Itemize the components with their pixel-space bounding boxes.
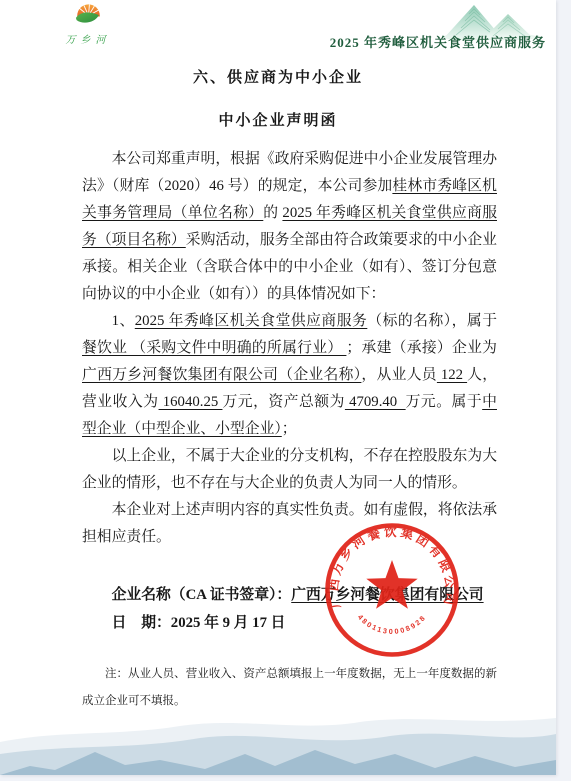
paragraph-text: 的 [263,205,282,221]
paragraph: 以上企业，不属于大企业的分支机构，不存在控股股东为大企业的情形，也不存在与大企业… [82,443,497,497]
company-logo: 万乡河 [60,3,116,46]
filled-in-value: 16040.25 [159,394,223,410]
page-header: 万乡河 [0,0,556,50]
date-label: 日 期： [112,615,171,631]
paragraph: 1、2025 年秀峰区机关食堂供应商服务（标的名称），属于餐饮业 （采购文件中明… [82,308,497,443]
paragraph: 本公司郑重声明，根据《政府采购促进中小企业发展管理办法》（财库（2020）46 … [82,146,497,308]
watermark-mountains [0,690,556,775]
section-title: 六、供应商为中小企业 [0,66,556,87]
company-seal-stamp: 广西万乡河餐饮集团有限公司 4801130008928 [322,520,462,660]
sun-leaf-logo-icon [75,3,102,30]
header-right: 2025 年秀峰区机关食堂供应商服务 [330,2,546,51]
paragraph-text: 万元。属于 [406,394,483,410]
filled-in-value: 餐饮业 （采购文件中明确的所属行业） [82,340,346,356]
filled-in-value: 广西万乡河餐饮集团有限公司（企业名称） [82,367,361,383]
letter-title: 中小企业声明函 [0,109,556,130]
header-project-title: 2025 年秀峰区机关食堂供应商服务 [330,32,546,51]
document-page: 万乡河 [0,0,556,775]
paragraph-text: 万元，资产总额为 [222,394,344,410]
paragraph-text: 以上企业，不属于大企业的分支机构，不存在控股股东为大企业的情形，也不存在与大企业… [82,448,497,491]
paragraph-text: ，从业人员 [361,367,436,383]
paragraph-text: （标的名称），属于 [367,313,497,329]
seal-star-icon [366,560,417,609]
seal-number-text: 4801130008928 [356,613,428,636]
ca-label: 企业名称（CA 证书签章）： [112,587,292,603]
paragraph-text: ； [282,421,297,437]
paragraph-text: ；承建（承接）企业为 [346,340,497,356]
filled-in-value: 122 [437,367,467,383]
declaration-body: 本公司郑重声明，根据《政府采购促进中小企业发展管理办法》（财库（2020）46 … [82,146,497,551]
paragraph-text: 1、 [112,313,135,329]
filled-in-value: 2025 年秀峰区机关食堂供应商服务 [135,313,368,329]
filled-in-value: 4709.40 [345,394,406,410]
date-value: 2025 年 9 月 17 日 [171,615,286,631]
logo-text: 万乡河 [60,31,116,46]
